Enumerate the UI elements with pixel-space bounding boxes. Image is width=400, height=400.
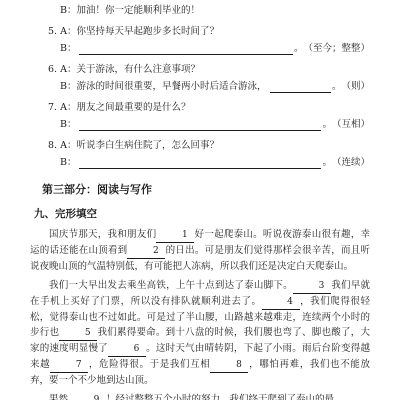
passage-text: 我们一大早出发去乘坐高铁，上午十点到达了泰山脚下。 [49, 280, 293, 291]
cloze-blank: 4 [262, 297, 300, 310]
question-text: 你坚持每天早起跑步多长时间了？ [76, 26, 219, 37]
cloze-blank: 8 [210, 360, 248, 373]
question-label: 6. A： [48, 64, 76, 75]
answer-blank [79, 43, 292, 55]
speaker-label: B： [60, 118, 76, 132]
passage-text: ，危险得很。于是我们互相 [88, 359, 210, 370]
dialogue-line: B：加油！你一定能顺利毕业的！ [60, 4, 370, 18]
question-text: 听说李白生病住院了，怎么回事？ [76, 140, 219, 151]
question-label: 8. A： [48, 140, 76, 151]
answer-line: B：。（互相） [60, 118, 370, 132]
cloze-blank: 3 [293, 281, 331, 294]
question-line: 8. A：听说李白生病住院了，怎么回事？ [48, 139, 370, 153]
answer-punctuation: 。 [322, 118, 332, 132]
hint-words: （连续） [332, 156, 370, 170]
hint-words: （则） [341, 80, 370, 94]
cloze-blank: 5 [59, 328, 97, 341]
speaker-label: B： [60, 156, 76, 170]
cloze-blank: 2 [127, 246, 165, 259]
question-text: 关于游泳，有什么注意事项？ [76, 64, 200, 75]
answer-pre-text: 游泳的时间很重要，早餐两小时后适合游泳， [76, 80, 266, 94]
passage-text: ！经过整整五个小时的努力，我们终于爬到了泰山的最 [106, 394, 334, 400]
passage-paragraph: 果然9！经过整整五个小时的努力，我们终于爬到了泰山的最 [30, 392, 370, 400]
document-page: B：加油！你一定能顺利毕业的！ 5. A：你坚持每天早起跑步多长时间了？B：。（… [0, 0, 400, 400]
answer-line: B：游泳的时间很重要，早餐两小时后适合游泳，。（则） [60, 80, 370, 94]
question-label: 5. A： [48, 26, 76, 37]
question-line: 6. A：关于游泳，有什么注意事项？ [48, 63, 370, 77]
speaker-label: B： [60, 80, 76, 94]
answer-blank [79, 119, 321, 131]
question-line: 7. A：朋友之间最重要的是什么？ [48, 101, 370, 115]
passage-paragraph: 我们一大早出发去乘坐高铁，上午十点到达了泰山脚下。3我们早就在手机上买好了门票，… [30, 278, 370, 388]
answer-punctuation: 。 [322, 156, 332, 170]
answer-blank [79, 157, 321, 169]
answer-line: B：。（至今；整整） [60, 42, 370, 56]
cloze-blank: 1 [156, 230, 194, 243]
passage-paragraph: 国庆节那天，我和朋友们1好一起爬泰山。听说夜游泰山很有趣，幸运的话还能在山顶看到… [30, 227, 370, 274]
cloze-section-title: 九、完形填空 [34, 207, 400, 221]
hint-words: （互相） [332, 118, 370, 132]
answer-blank [270, 81, 331, 93]
answer-line: B：。（连续） [60, 156, 370, 170]
answer-punctuation: 。 [294, 42, 304, 56]
cloze-blank: 6 [108, 344, 146, 357]
hint-words: （至今；整整） [303, 42, 370, 56]
passage-text: 国庆节那天，我和朋友们 [49, 229, 156, 240]
passage-text: 果然 [49, 394, 68, 400]
dialogue-section: B：加油！你一定能顺利毕业的！ 5. A：你坚持每天早起跑步多长时间了？B：。（… [0, 4, 400, 170]
dialogue-text: 加油！你一定能顺利毕业的！ [76, 5, 200, 16]
cloze-passage: 国庆节那天，我和朋友们1好一起爬泰山。听说夜游泰山很有趣，幸运的话还能在山顶看到… [30, 227, 370, 400]
cloze-blank: 7 [50, 360, 88, 373]
answer-punctuation: 。 [332, 80, 342, 94]
part3-header: 第三部分：阅读与写作 [42, 182, 400, 197]
question-text: 朋友之间最重要的是什么？ [76, 102, 190, 113]
cloze-blank: 9 [68, 395, 106, 400]
question-line: 5. A：你坚持每天早起跑步多长时间了？ [48, 25, 370, 39]
question-label: 7. A： [48, 102, 76, 113]
speaker-label: B： [60, 5, 76, 16]
speaker-label: B： [60, 42, 76, 56]
